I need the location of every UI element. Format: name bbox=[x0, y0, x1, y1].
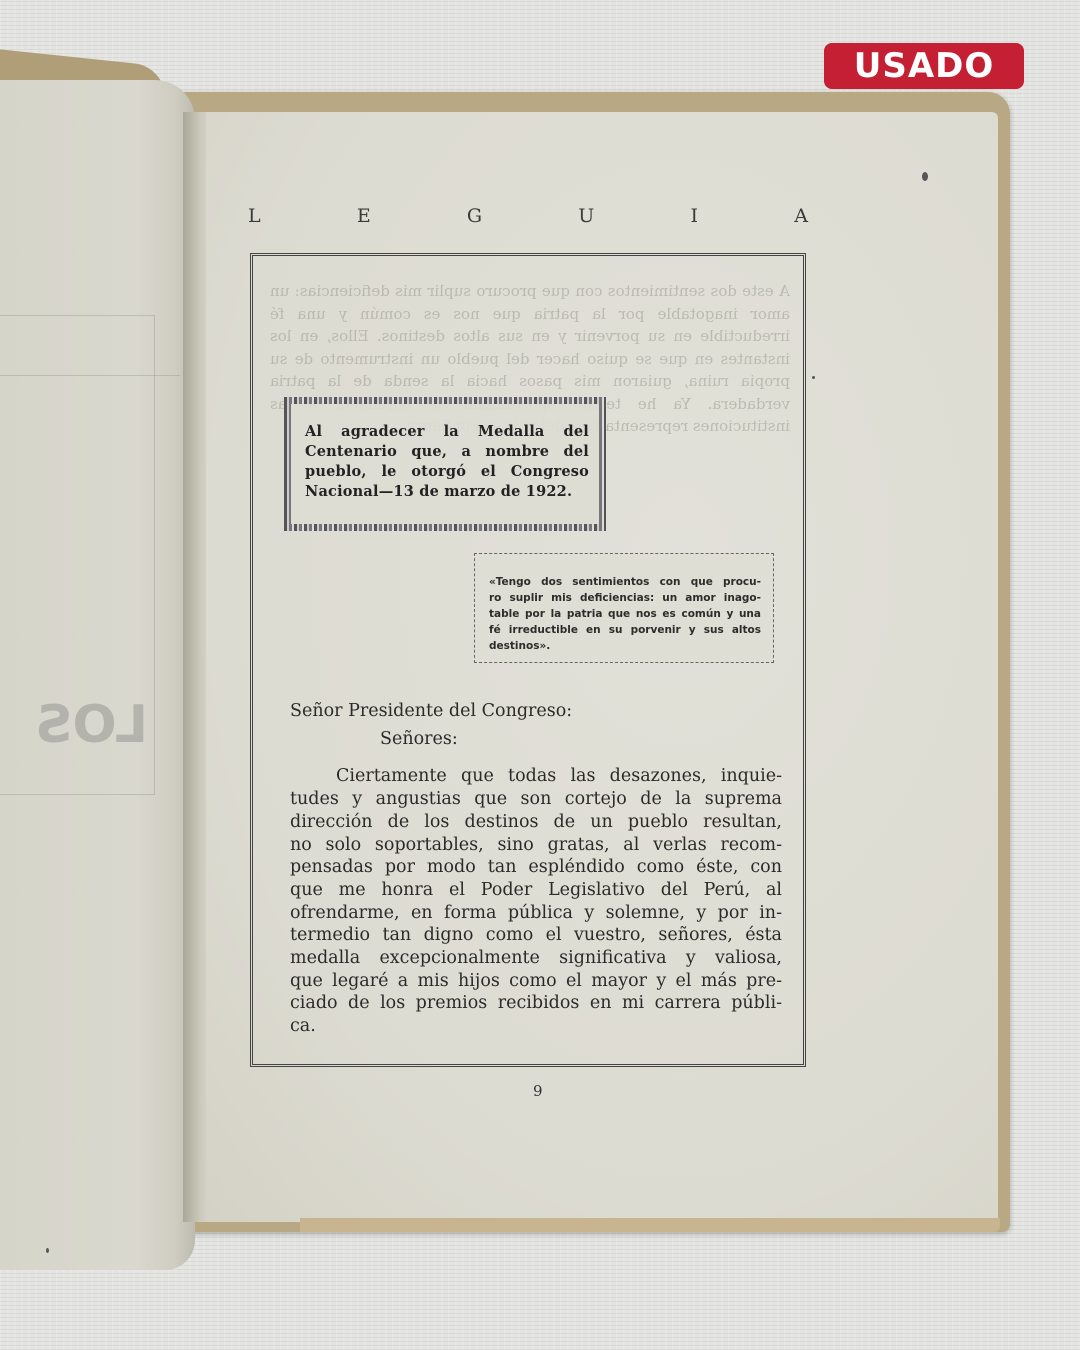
running-head-letter: I bbox=[691, 205, 699, 227]
ink-speck bbox=[922, 172, 928, 181]
running-head-letter: L bbox=[248, 205, 261, 227]
running-head-letter: U bbox=[578, 205, 594, 227]
left-page: LOS bbox=[0, 80, 195, 1270]
speech-body: Señor Presidente del Congreso: Señores: … bbox=[290, 700, 782, 1038]
paragraph-line: ofrendarme, en forma pública y solemne, … bbox=[290, 902, 782, 925]
running-head-letter: E bbox=[357, 205, 371, 227]
left-page-ghost-rule bbox=[0, 375, 180, 376]
paragraph-line: que me honra el Poder Legislativo del Pe… bbox=[290, 879, 782, 902]
running-head-letter: A bbox=[794, 205, 808, 227]
page-bottom-edge bbox=[300, 1218, 1000, 1232]
quote-line: fé irreductible en su porvenir y sus alt… bbox=[489, 622, 761, 638]
running-head: L E G U I A bbox=[248, 205, 808, 227]
paragraph-line: medalla excepcionalmente significativa y… bbox=[290, 947, 782, 970]
paragraph-line: ciado de los premios recibidos en mi car… bbox=[290, 992, 782, 1015]
paragraph-line: dirección de los destinos de un pueblo r… bbox=[290, 811, 782, 834]
ink-speck bbox=[812, 376, 815, 379]
paragraph-line: no solo soportables, sino gratas, al ver… bbox=[290, 834, 782, 857]
quote-line: table por la patria que nos es común y u… bbox=[489, 606, 761, 622]
paragraph-line: tudes y angustias que son cortejo de la … bbox=[290, 788, 782, 811]
paragraph-line: que legaré a mis hijos como el mayor y e… bbox=[290, 970, 782, 993]
quote-line: «Tengo dos sentimientos con que procu- bbox=[489, 574, 761, 590]
used-condition-badge: USADO bbox=[824, 43, 1024, 89]
paragraph-line: termedio tan digno como el vuestro, seño… bbox=[290, 924, 782, 947]
title-line: Al agradecer la Medalla del bbox=[305, 422, 589, 442]
ink-speck bbox=[46, 1248, 49, 1253]
title-line: Nacional—13 de marzo de 1922. bbox=[305, 482, 589, 502]
paragraph-line: pensadas por modo tan espléndido como és… bbox=[290, 856, 782, 879]
quote-line: ro suplir mis deficiencias: un amor inag… bbox=[489, 590, 761, 606]
paragraph-line: ca. bbox=[290, 1015, 782, 1038]
running-head-letter: G bbox=[467, 205, 482, 227]
salutation-secondary: Señores: bbox=[290, 728, 782, 751]
title-line: pueblo, le otorgó el Congreso bbox=[305, 462, 589, 482]
salutation: Señor Presidente del Congreso: bbox=[290, 700, 782, 723]
quote-line: destinos». bbox=[489, 638, 761, 654]
speech-paragraph: Ciertamente que todas las desazones, inq… bbox=[290, 765, 782, 1037]
paragraph-line: Ciertamente que todas las desazones, inq… bbox=[290, 765, 782, 788]
page-number: 9 bbox=[533, 1082, 543, 1100]
title-line: Centenario que, a nombre del bbox=[305, 442, 589, 462]
ornamental-title-box: Al agradecer la Medalla del Centenario q… bbox=[284, 397, 606, 531]
left-page-bleed-text: LOS bbox=[35, 695, 148, 755]
epigraph-quote-box: «Tengo dos sentimientos con que procu- r… bbox=[474, 553, 774, 663]
